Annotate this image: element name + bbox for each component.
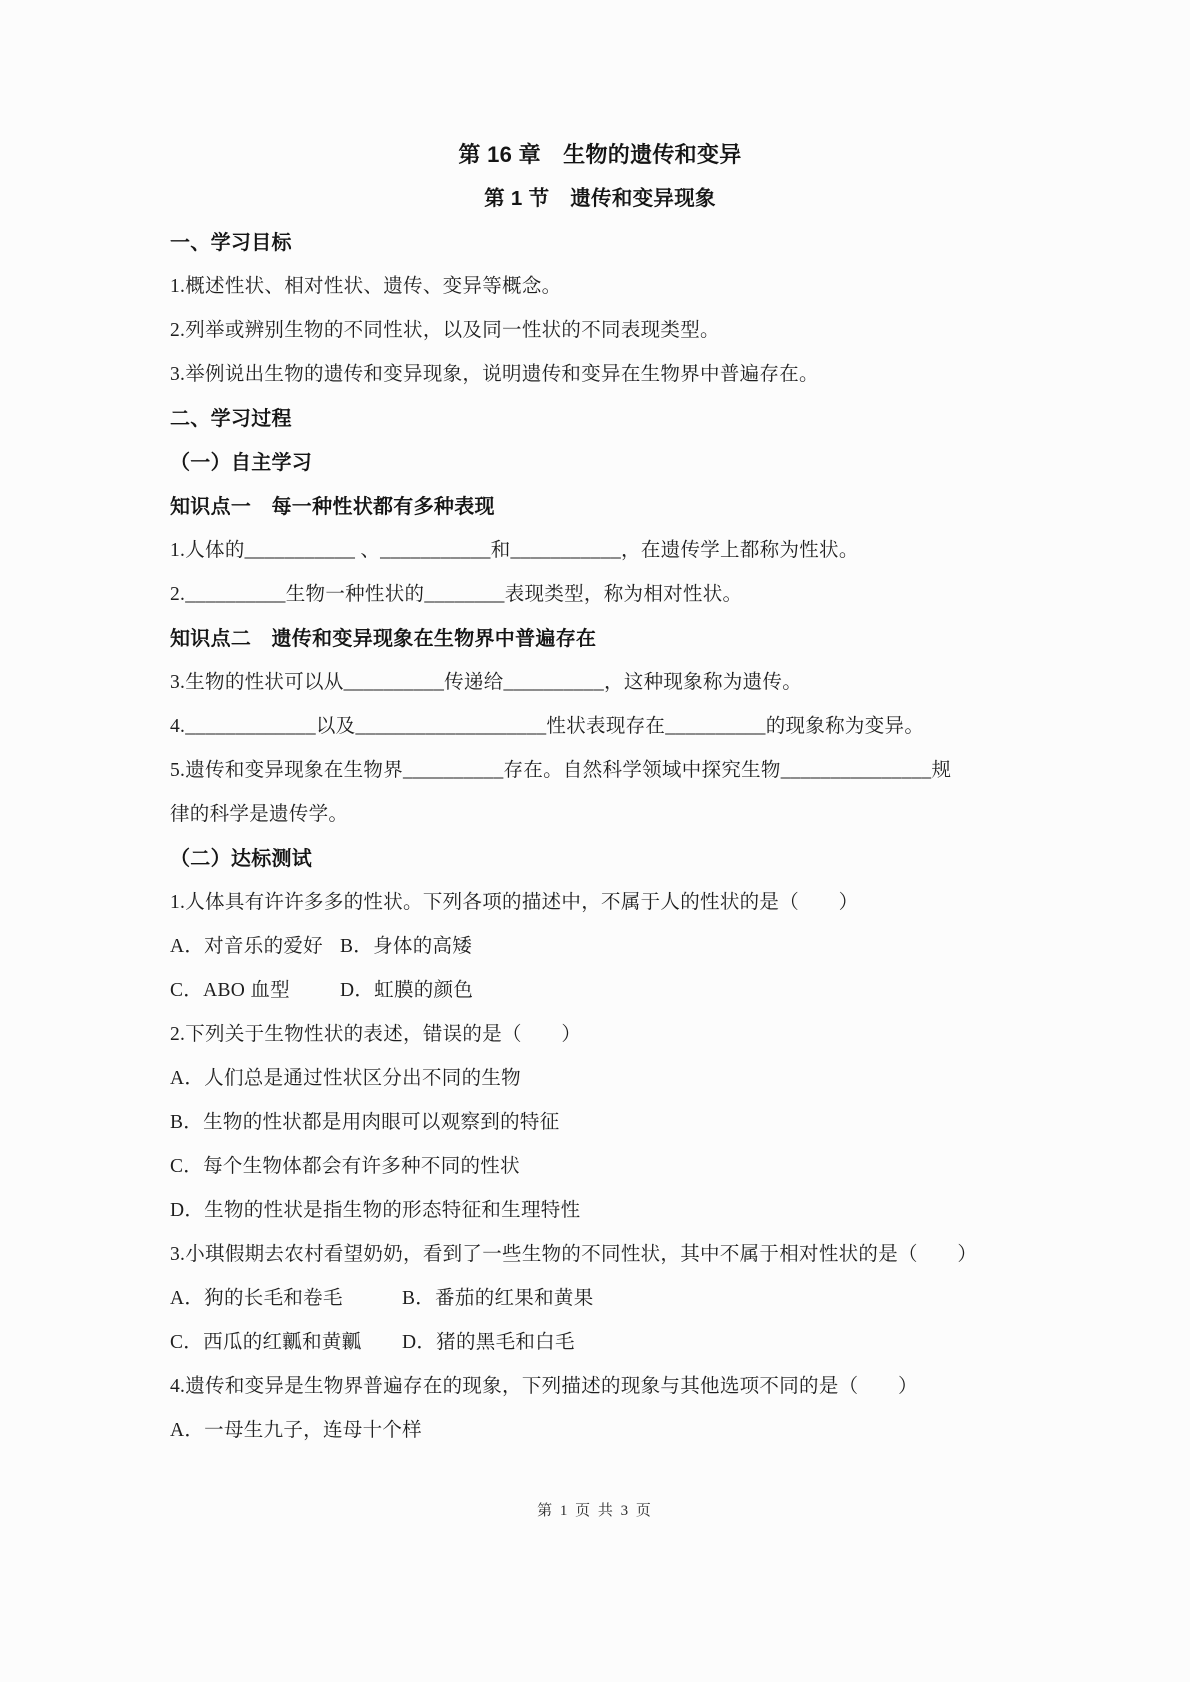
option-c: C．ABO 血型 xyxy=(170,969,340,1013)
question-4-stem: 4.遗传和变异是生物界普遍存在的现象，下列描述的现象与其他选项不同的是（ ） xyxy=(170,1365,1030,1409)
option-a: A．狗的长毛和卷毛 xyxy=(170,1277,402,1321)
question-1-stem: 1.人体具有许许多多的性状。下列各项的描述中，不属于人的性状的是（ ） xyxy=(170,881,1030,925)
knowledge-point-1-heading: 知识点一 每一种性状都有多种表现 xyxy=(170,485,1030,529)
option-b: B．生物的性状都是用肉眼可以观察到的特征 xyxy=(170,1101,1030,1145)
fill-blank-item-continuation: 律的科学是遗传学。 xyxy=(170,793,1030,837)
objective-item: 3.举例说出生物的遗传和变异现象，说明遗传和变异在生物界中普遍存在。 xyxy=(170,353,1030,397)
objectives-heading: 一、学习目标 xyxy=(170,221,1030,265)
question-3-stem: 3.小琪假期去农村看望奶奶，看到了一些生物的不同性状，其中不属于相对性状的是（ … xyxy=(170,1233,1030,1277)
objective-item: 2.列举或辨别生物的不同性状，以及同一性状的不同表现类型。 xyxy=(170,309,1030,353)
fill-blank-item: 2.__________生物一种性状的________表现类型，称为相对性状。 xyxy=(170,573,1030,617)
fill-blank-item: 5.遗传和变异现象在生物界__________存在。自然科学领域中探究生物___… xyxy=(170,749,1030,793)
option-b: B．身体的高矮 xyxy=(340,925,472,969)
option-b: B．番茄的红果和黄果 xyxy=(402,1277,594,1321)
question-3-option-row: C．西瓜的红瓤和黄瓤 D．猪的黑毛和白毛 xyxy=(170,1321,1030,1365)
document-page: 第 16 章 生物的遗传和变异 第 1 节 遗传和变异现象 一、学习目标 1.概… xyxy=(0,0,1190,1682)
question-2-stem: 2.下列关于生物性状的表述，错误的是（ ） xyxy=(170,1013,1030,1057)
fill-blank-item: 3.生物的性状可以从__________传递给__________，这种现象称为… xyxy=(170,661,1030,705)
page-number-footer: 第 1 页 共 3 页 xyxy=(0,1496,1190,1526)
question-3-option-row: A．狗的长毛和卷毛 B．番茄的红果和黄果 xyxy=(170,1277,1030,1321)
objective-item: 1.概述性状、相对性状、遗传、变异等概念。 xyxy=(170,265,1030,309)
option-c: C．西瓜的红瓤和黄瓤 xyxy=(170,1321,402,1365)
section-title: 第 1 节 遗传和变异现象 xyxy=(170,177,1030,221)
question-1-option-row: C．ABO 血型 D．虹膜的颜色 xyxy=(170,969,1030,1013)
option-a: A．对音乐的爱好 xyxy=(170,925,340,969)
fill-blank-item: 4._____________以及___________________性状表现… xyxy=(170,705,1030,749)
fill-blank-item: 1.人体的___________ 、___________和__________… xyxy=(170,529,1030,573)
process-heading: 二、学习过程 xyxy=(170,397,1030,441)
option-a: A．一母生九子，连母十个样 xyxy=(170,1409,1030,1453)
question-1-option-row: A．对音乐的爱好 B．身体的高矮 xyxy=(170,925,1030,969)
knowledge-point-2-heading: 知识点二 遗传和变异现象在生物界中普遍存在 xyxy=(170,617,1030,661)
test-heading: （二）达标测试 xyxy=(170,837,1030,881)
option-d: D．生物的性状是指生物的形态特征和生理特性 xyxy=(170,1189,1030,1233)
self-study-heading: （一）自主学习 xyxy=(170,441,1030,485)
option-d: D．猪的黑毛和白毛 xyxy=(402,1321,575,1365)
option-d: D．虹膜的颜色 xyxy=(340,969,473,1013)
option-c: C．每个生物体都会有许多种不同的性状 xyxy=(170,1145,1030,1189)
chapter-title: 第 16 章 生物的遗传和变异 xyxy=(170,133,1030,177)
option-a: A．人们总是通过性状区分出不同的生物 xyxy=(170,1057,1030,1101)
